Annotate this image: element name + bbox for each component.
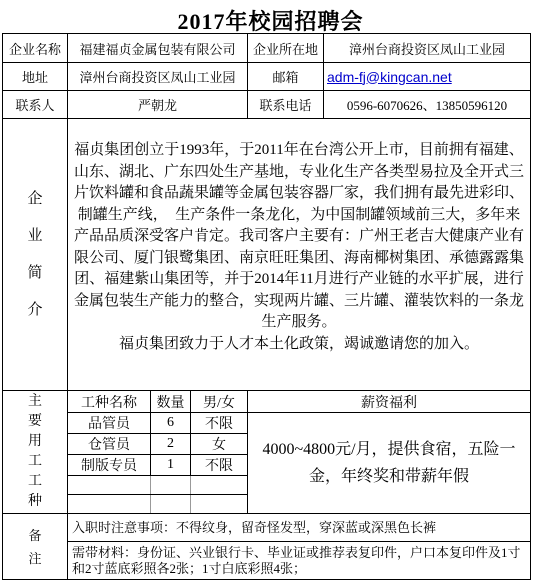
phone-value: 0596-6070626、13850596120 xyxy=(323,91,530,118)
address-label: 地址 xyxy=(3,63,67,90)
email-cell: adm-fj@kingcan.net xyxy=(323,63,530,90)
remarks-note-1: 入职时注意事项：不得纹身，留奇怪发型，穿深蓝或深黑色长裤 xyxy=(68,514,530,542)
company-profile-label: 企业简介 xyxy=(3,119,67,390)
job-gender: 不限 xyxy=(190,413,247,433)
job-gender-header: 男/女 xyxy=(190,391,247,412)
jobs-header-row: 工种名称 数量 男/女 薪资福利 xyxy=(68,391,530,412)
job-count: 1 xyxy=(150,455,190,475)
job-count: 2 xyxy=(150,434,190,454)
job-count: 6 xyxy=(150,413,190,433)
jobs-rows: 品管员 6 不限 仓管员 2 女 制版专员 1 不限 xyxy=(68,413,247,513)
job-row: 仓管员 2 女 xyxy=(68,433,247,454)
info-row-company: 企业名称 福建福贞金属包装有限公司 企业所在地 漳州台商投资区凤山工业园 xyxy=(3,34,530,62)
job-gender xyxy=(190,476,247,494)
job-name: 制版专员 xyxy=(68,455,150,475)
info-row-address: 地址 漳州台商投资区凤山工业园 邮箱 adm-fj@kingcan.net xyxy=(3,62,530,90)
remarks-note-2: 需带材料：身份证、兴业银行卡、毕业证或推荐表复印件，户口本复印件及1寸和2寸蓝底… xyxy=(68,542,530,579)
job-count xyxy=(150,495,190,513)
page-title: 2017年校园招聘会 xyxy=(0,0,541,33)
job-count-header: 数量 xyxy=(150,391,190,412)
remarks-section: 备注 入职时注意事项：不得纹身，留奇怪发型，穿深蓝或深黑色长裤 需带材料：身份证… xyxy=(3,513,530,579)
job-name xyxy=(68,476,150,494)
profile-paragraph-1: 福贞集团创立于1993年，于2011年在台湾公开上市，目前拥有福建、山东、湖北、… xyxy=(71,140,527,334)
recruitment-table: 企业名称 福建福贞金属包装有限公司 企业所在地 漳州台商投资区凤山工业园 地址 … xyxy=(2,33,531,580)
company-profile-text: 福贞集团创立于1993年，于2011年在台湾公开上市，目前拥有福建、山东、湖北、… xyxy=(67,119,530,390)
profile-paragraph-2: 福贞集团致力于人才本土化政策，竭诚邀请您的加入。 xyxy=(71,334,527,356)
job-gender: 不限 xyxy=(190,455,247,475)
job-name xyxy=(68,495,150,513)
job-salary-header: 薪资福利 xyxy=(247,391,530,412)
jobs-label: 主要用工工种 xyxy=(3,391,67,513)
remarks-content: 入职时注意事项：不得纹身，留奇怪发型，穿深蓝或深黑色长裤 需带材料：身份证、兴业… xyxy=(67,514,530,579)
jobs-section: 主要用工工种 工种名称 数量 男/女 薪资福利 品管员 6 不限 仓管员 xyxy=(3,390,530,513)
phone-label: 联系电话 xyxy=(247,91,323,118)
job-row-empty xyxy=(68,475,247,494)
address-value: 漳州台商投资区凤山工业园 xyxy=(67,63,247,90)
email-link[interactable]: adm-fj@kingcan.net xyxy=(327,69,452,85)
job-row: 品管员 6 不限 xyxy=(68,413,247,433)
email-label: 邮箱 xyxy=(247,63,323,90)
salary-benefits-value: 4000~4800元/月，提供食宿，五险一金，年终奖和带薪年假 xyxy=(247,413,530,513)
job-count xyxy=(150,476,190,494)
jobs-table: 工种名称 数量 男/女 薪资福利 品管员 6 不限 仓管员 2 女 xyxy=(67,391,530,513)
contact-person-label: 联系人 xyxy=(3,91,67,118)
job-name: 仓管员 xyxy=(68,434,150,454)
company-name-label: 企业名称 xyxy=(3,34,67,62)
remarks-label: 备注 xyxy=(3,514,67,579)
company-profile-section: 企业简介 福贞集团创立于1993年，于2011年在台湾公开上市，目前拥有福建、山… xyxy=(3,118,530,390)
company-location-value: 漳州台商投资区凤山工业园 xyxy=(323,34,530,62)
job-row-empty xyxy=(68,494,247,513)
company-name-value: 福建福贞金属包装有限公司 xyxy=(67,34,247,62)
job-name-header: 工种名称 xyxy=(68,391,150,412)
job-row: 制版专员 1 不限 xyxy=(68,454,247,475)
info-row-contact: 联系人 严朝龙 联系电话 0596-6070626、13850596120 xyxy=(3,90,530,118)
job-name: 品管员 xyxy=(68,413,150,433)
company-location-label: 企业所在地 xyxy=(247,34,323,62)
job-gender xyxy=(190,495,247,513)
jobs-body: 品管员 6 不限 仓管员 2 女 制版专员 1 不限 xyxy=(68,412,530,513)
contact-person-value: 严朝龙 xyxy=(67,91,247,118)
job-gender: 女 xyxy=(190,434,247,454)
